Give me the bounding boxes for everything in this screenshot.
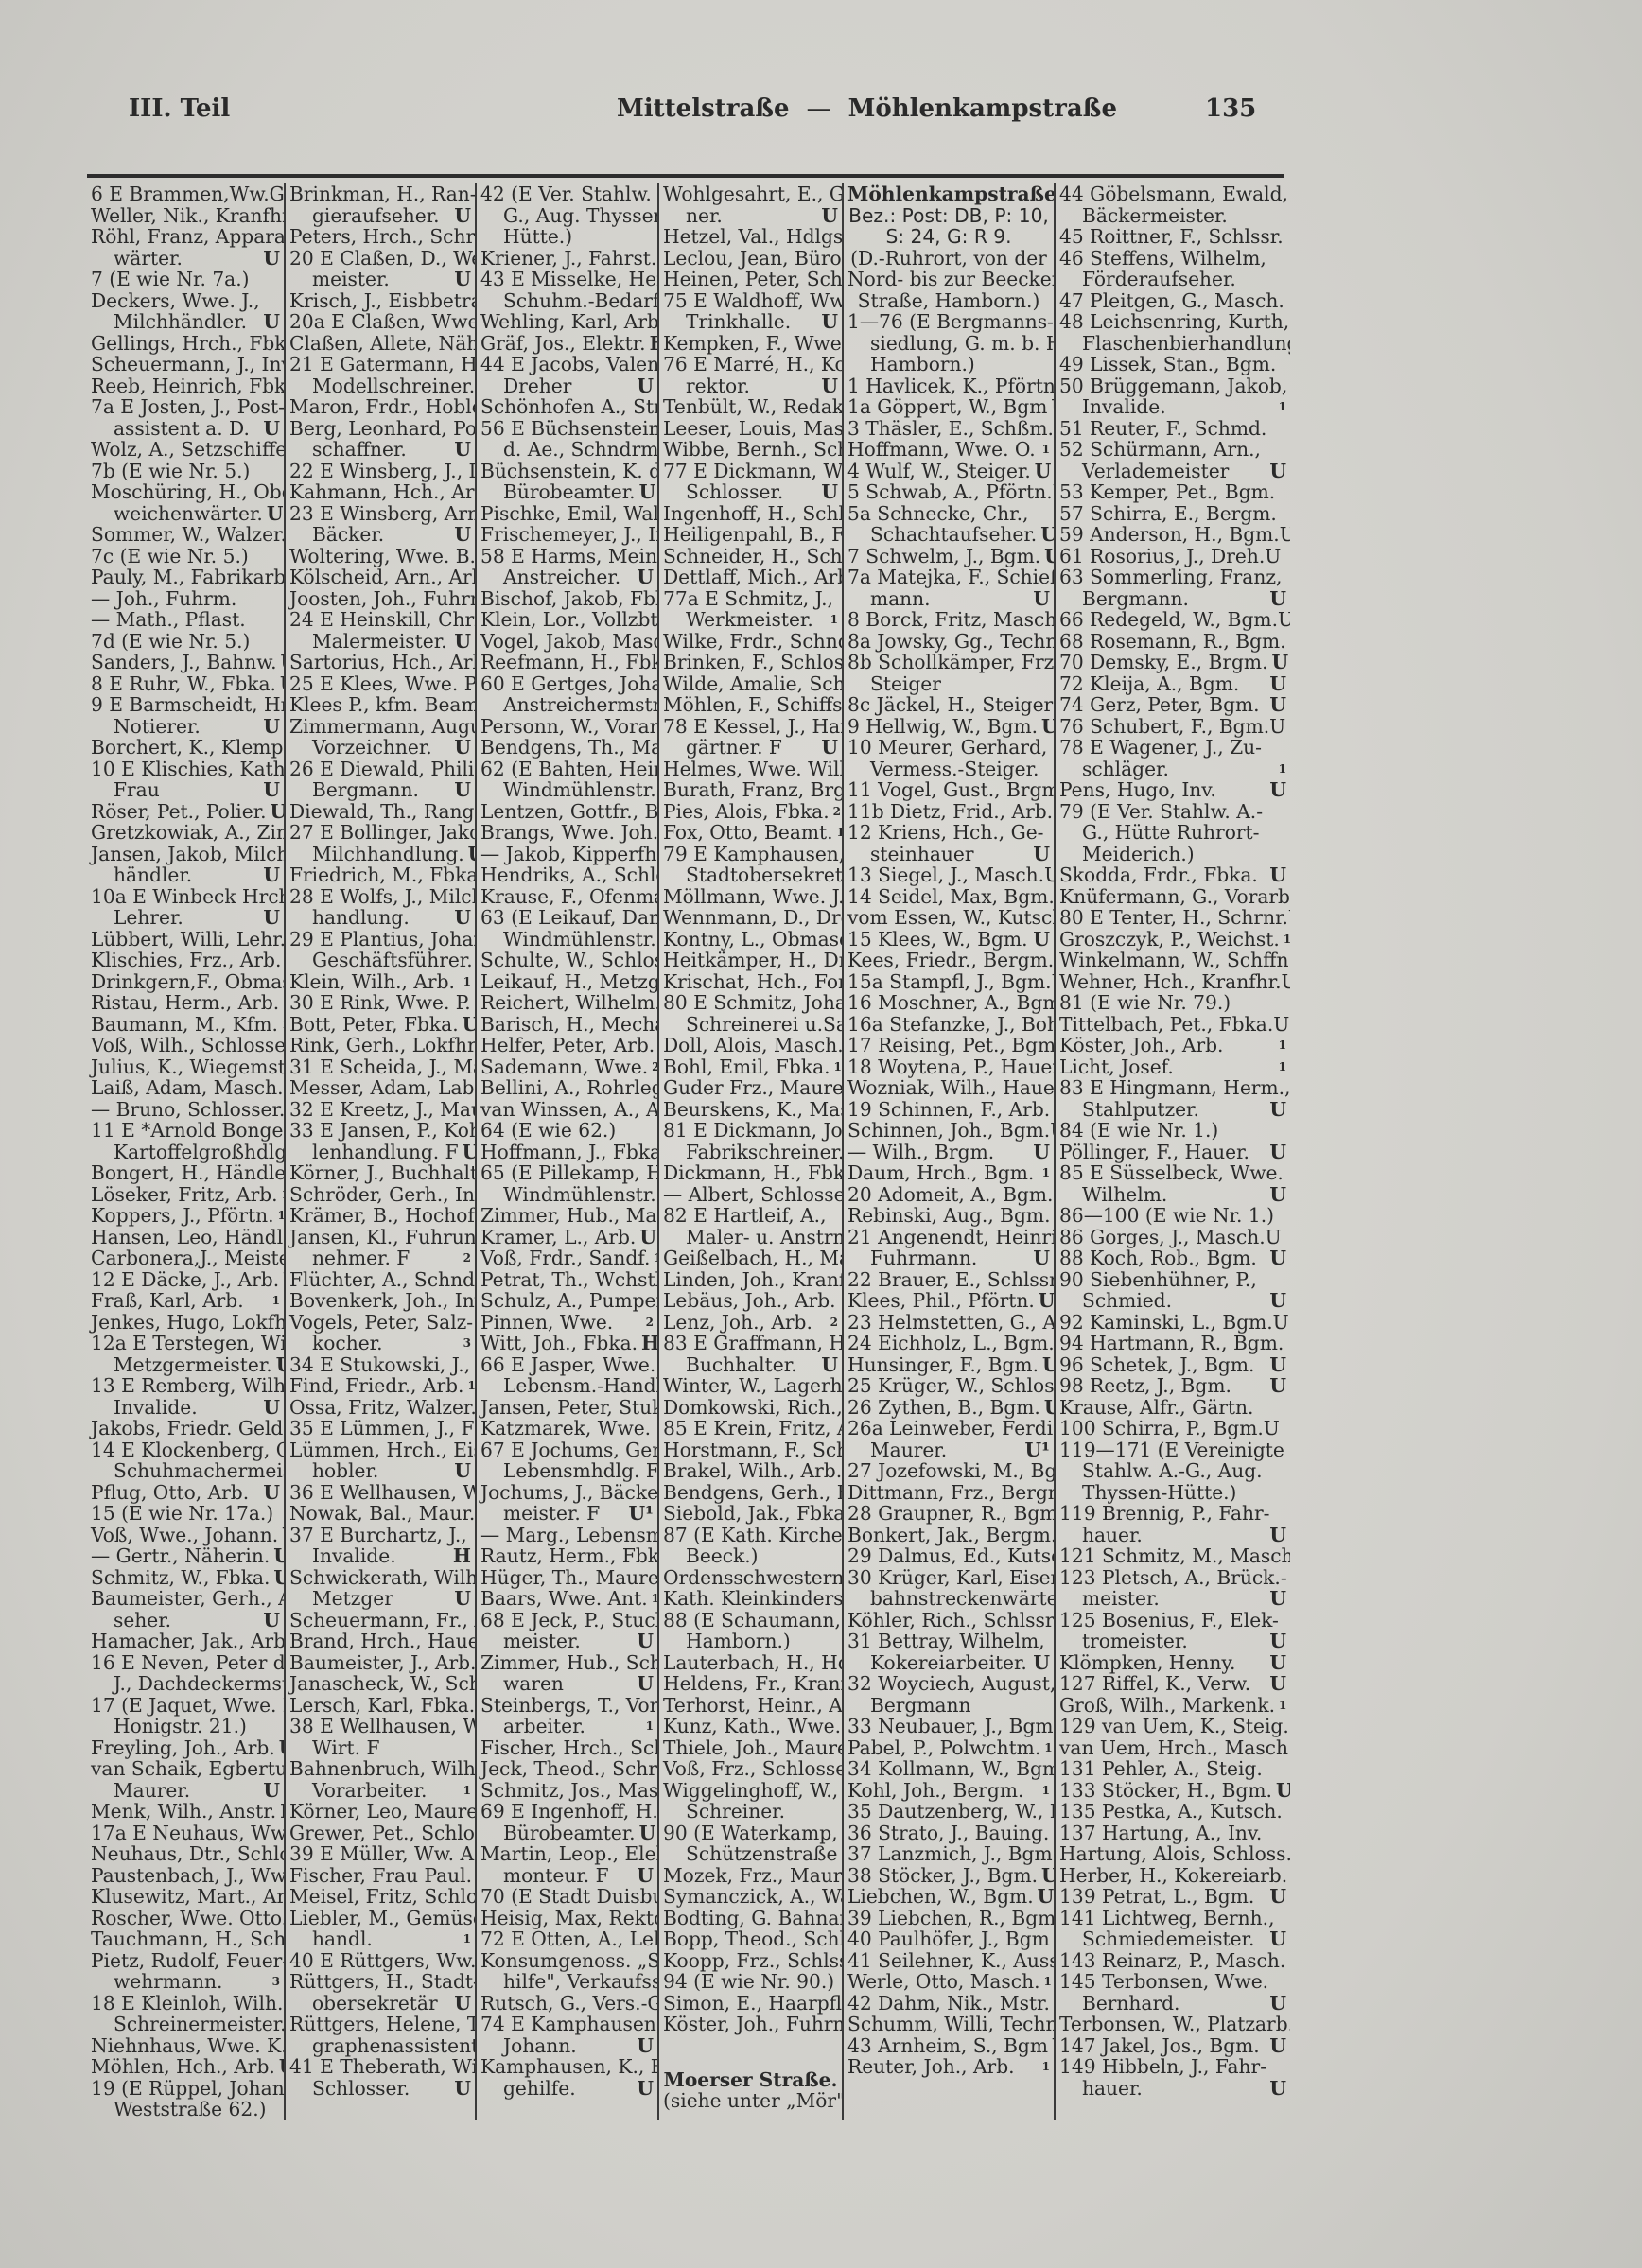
- directory-entry: Schinnen, Joh., Bgm.U: [847, 1120, 1050, 1142]
- directory-entry: Heinen, Peter, Schneid.: [663, 269, 838, 290]
- directory-entry: Kunz, Kath., Wwe.: [663, 1716, 838, 1737]
- entry-text: Nowak, Bal., Maur.: [289, 1503, 475, 1525]
- entry-text: 81 (E wie Nr. 79.): [1059, 992, 1231, 1014]
- directory-entry: 1 Havlicek, K., Pförtn.U: [847, 375, 1050, 397]
- directory-entry: hobler.U: [289, 1460, 471, 1482]
- directory-entry: Barisch, H., Mechan.1: [480, 1014, 654, 1036]
- entry-text: 26 Zythen, B., Bgm.: [847, 1397, 1040, 1419]
- entry-text: — Math., Pflast.: [91, 609, 246, 631]
- entry-text: Schulte, W., Schloss.: [480, 950, 657, 971]
- entry-text: 76 Schubert, F., Bgm.U: [1059, 716, 1285, 738]
- directory-entry: Fischer, Hrch., Schloss.1: [480, 1737, 654, 1759]
- directory-entry: Heldens, Fr., Kranf.1: [663, 1673, 838, 1695]
- directory-entry: Weststraße 62.): [91, 2099, 280, 2120]
- directory-entry: 35 E Lümmen, J., Fbka.U: [289, 1418, 471, 1439]
- directory-entry: Vorzeichner.U: [289, 737, 471, 759]
- directory-entry: — Marg., LebensmU: [480, 1525, 654, 1546]
- entry-text: Personn, W., Vorarb.: [480, 716, 657, 738]
- directory-entry: Krisch, J., EisbbetrassU: [289, 290, 471, 312]
- directory-entry: 48 Leichsenring, Kurth,: [1059, 311, 1286, 333]
- entry-text: 31 E Scheida, J., Masch.U: [289, 1056, 475, 1078]
- entry-marker: 1: [1040, 1737, 1052, 1759]
- directory-entry: 14 E Klockenberg, G.,: [91, 1439, 280, 1461]
- entry-text: 79 (E Ver. Stahlw. A.-: [1059, 801, 1263, 823]
- entry-text: Brangs, Wwe. Joh.: [480, 822, 657, 844]
- directory-entry: van Winssen, A., Arb.3: [480, 1099, 654, 1121]
- directory-entry: 8b Schollkämper, Frz.,: [847, 652, 1050, 673]
- entry-text: Ristau, Herm., Arb.: [91, 992, 279, 1014]
- entry-text: Julius, K., Wiegemst.: [91, 1056, 284, 1078]
- directory-entry: Lebäus, Joh., Arb.: [663, 1290, 838, 1312]
- entry-text: Schwickerath, Wilhelm,: [289, 1567, 475, 1589]
- entry-text: 11 E *Arnold Bongert,: [91, 1120, 284, 1142]
- directory-entry: Jochums, J., Bäcker-: [480, 1482, 654, 1504]
- directory-entry: 119—171 (E Vereinigte: [1059, 1439, 1286, 1461]
- directory-entry: 51 Reuter, F., Schmd.: [1059, 418, 1286, 440]
- directory-entry: Liebchen, W., Bgm.U: [847, 1886, 1050, 1908]
- entry-marker: U: [1040, 1397, 1054, 1419]
- directory-entry: 70 Demsky, E., Brgm.U: [1059, 652, 1286, 673]
- directory-entry: 4 Wulf, W., Steiger.U: [847, 461, 1050, 482]
- entry-text: 38 Stöcker, J., Bgm.: [847, 1865, 1038, 1887]
- directory-entry: 33 Neubauer, J., Bgm.U: [847, 1716, 1050, 1737]
- entry-text: arbeiter.: [480, 1716, 585, 1737]
- directory-entry: 9 E Barmscheidt, Hrch.,: [91, 694, 280, 716]
- directory-entry: Stadtobersekretär.U: [663, 864, 838, 886]
- entry-text: Wozniak, Wilh., Hauer.: [847, 1077, 1054, 1099]
- directory-entry: 44 E Jacobs, Valent.,: [480, 354, 654, 375]
- entry-text: hobler.: [289, 1460, 378, 1482]
- entry-text: 56 E Büchsenstein, K.: [480, 418, 657, 440]
- entry-marker: U: [450, 2078, 471, 2100]
- entry-text: Hüger, Th., Maurer.: [480, 1567, 657, 1589]
- entry-text: Hamborn.): [847, 354, 975, 375]
- directory-entry: wehrmann.3: [91, 1971, 280, 1993]
- directory-entry: Ossa, Fritz, Walzer.2: [289, 1397, 471, 1419]
- entry-text: Schmitz, W., Fbka.: [91, 1567, 270, 1589]
- directory-entry: Schumm, Willi, Techn.: [847, 2014, 1050, 2035]
- entry-text: 7 Schwelm, J., Bgm.: [847, 546, 1040, 567]
- directory-entry: — Bruno, Schlosser.3: [91, 1099, 280, 1121]
- directory-entry: 66 Redegeld, W., Bgm.U: [1059, 609, 1286, 631]
- entry-text: assistent a. D.: [91, 418, 250, 440]
- directory-entry: 26a Leinweber, Ferdin.,: [847, 1418, 1050, 1439]
- directory-entry: Hamacher, Jak., Arb.U: [91, 1631, 280, 1652]
- entry-text: 17a E Neuhaus, Wwe. D.: [91, 1823, 284, 1844]
- entry-text: 8 E Ruhr, W., Fbka.: [91, 673, 276, 695]
- entry-text: 26a Leinweber, Ferdin.,: [847, 1418, 1054, 1439]
- entry-text: Lenz, Joh., Arb.: [663, 1312, 812, 1334]
- entry-text: 72 Kleija, A., Bgm.: [1059, 673, 1239, 695]
- entry-text: Rüttgers, Helene, Tele-: [289, 2014, 475, 2035]
- directory-entry: 83 E Graffmann, Hrch.,: [663, 1333, 838, 1354]
- directory-entry: vom Essen, W., Kutsch.1: [847, 907, 1050, 929]
- column-4-entries: Wohlgesahrt, E., Gärt-ner.UHetzel, Val.,…: [663, 183, 838, 2035]
- entry-marker: U¹: [625, 1503, 654, 1525]
- directory-entry: 39 Liebchen, R., Bgm.: [847, 1908, 1050, 1929]
- entry-text: Köster, Joh., Fuhrm.: [663, 2014, 842, 2035]
- directory-entry: Scheuermann, Fr., Arb.: [289, 1610, 471, 1631]
- entry-text: 11b Dietz, Frid., Arb.: [847, 801, 1053, 823]
- directory-entry: Hoffmann, Wwe. O.1: [847, 439, 1050, 461]
- entry-text: Büchsenstein, K. d. J.,: [480, 461, 657, 482]
- entry-text: Schachtaufseher.: [847, 524, 1037, 546]
- entry-text: — Wilh., Brgm.: [847, 1142, 994, 1163]
- entry-text: Baars, Wwe. Ant.: [480, 1588, 648, 1610]
- entry-text: Weststraße 62.): [91, 2099, 267, 2120]
- directory-entry: Schulz, A., Pumpenw.2: [480, 1290, 654, 1312]
- directory-entry: 129 van Uem, K., Steig.: [1059, 1716, 1286, 1737]
- entry-marker: 1: [460, 971, 471, 993]
- entry-text: rektor.: [663, 375, 750, 397]
- directory-entry: händler.U: [91, 864, 280, 886]
- entry-text: Mozek, Frz., Maurer.: [663, 1865, 842, 1887]
- directory-entry: 43 E Misselke, Heinr.,: [480, 269, 654, 290]
- directory-entry: Bohl, Emil, Fbka.1: [663, 1056, 838, 1078]
- entry-text: Dickmann, H., Fbkschmd.: [663, 1162, 842, 1184]
- directory-entry: Hamborn.): [663, 1631, 838, 1652]
- entry-text: Modellschreiner.: [289, 375, 475, 397]
- directory-entry: Zimmer, Hub., Masch.: [480, 1205, 654, 1227]
- directory-entry: 88 (E Schaumann, Fritz,: [663, 1610, 838, 1631]
- directory-entry: Lebensm.-Handl.U: [480, 1375, 654, 1397]
- directory-entry: Bendgens, Th., Masch.2: [480, 737, 654, 759]
- entry-text: 3 Thäsler, E., Schßm.U: [847, 418, 1054, 440]
- entry-marker: U: [817, 1354, 838, 1376]
- entry-text: Hoffmann, J., Fbka.: [480, 1142, 657, 1163]
- entry-marker: U: [450, 631, 471, 653]
- entry-text: schläger.: [1059, 759, 1169, 780]
- directory-entry: — Math., Pflast.: [91, 609, 280, 631]
- directory-entry: Anstreichermstr. FU: [480, 694, 654, 716]
- entry-marker: U: [1266, 1886, 1286, 1908]
- entry-text: van Schaik, Egbertus,: [91, 1758, 284, 1780]
- directory-entry: 147 Jakel, Jos., Bgm.U: [1059, 2035, 1286, 2057]
- entry-text: Hamborn.): [663, 1631, 791, 1652]
- entry-text: Schmiedemeister.: [1059, 1928, 1254, 1950]
- directory-entry: Bergmann: [847, 1695, 1050, 1717]
- directory-entry: Sartorius, Hch., Arb.U: [289, 652, 471, 673]
- entry-text: Buchhalter.: [663, 1354, 797, 1376]
- entry-text: 62 (E Bahten, Heinr.,: [480, 759, 657, 780]
- entry-marker: U: [276, 673, 284, 695]
- entry-marker: 2: [648, 1056, 657, 1078]
- entry-marker: U: [633, 1631, 654, 1652]
- directory-entry: Möhlen, F., Schiffsbes.2: [663, 694, 838, 716]
- entry-marker: U: [1029, 588, 1050, 610]
- entry-text: Rüttgers, H., Stadt-: [289, 1971, 475, 1993]
- entry-text: Wolz, A., Setzschiffer.: [91, 439, 284, 461]
- directory-entry: 83 E Hingmann, Herm.,: [1059, 1077, 1286, 1099]
- entry-text: Leclou, Jean, Bürobmt.: [663, 248, 842, 270]
- entry-text: Brinkman, H., Ran-: [289, 183, 475, 205]
- entry-text: Doll, Alois, Masch.: [663, 1035, 842, 1056]
- entry-marker: 1: [1040, 1971, 1052, 1993]
- entry-marker: U: [270, 1567, 284, 1589]
- entry-text: 15 Klees, W., Bgm.: [847, 929, 1028, 951]
- spacer: [663, 2035, 838, 2052]
- entry-marker: U: [1266, 461, 1286, 482]
- directory-entry: Maurer.U¹: [847, 1439, 1050, 1461]
- directory-entry: 28 Graupner, R., BgmU: [847, 1503, 1050, 1525]
- entry-text: Wirt. F: [289, 1737, 379, 1759]
- directory-entry: 69 E Ingenhoff, H.,: [480, 1801, 654, 1823]
- entry-text: Röser, Pet., Polier.: [91, 801, 267, 823]
- entry-text: 9 Hellwig, W., Bgm.: [847, 716, 1038, 738]
- entry-text: 137 Hartung, A., Inv.: [1059, 1823, 1262, 1844]
- entry-text: kocher.: [289, 1333, 383, 1354]
- entry-text: Lebensm.-Handl.: [480, 1375, 657, 1397]
- entry-marker: 1: [274, 1205, 285, 1227]
- entry-text: 87 (E Kath. Kirchengem.: [663, 1525, 842, 1546]
- directory-entry: Schmiedemeister.U: [1059, 1928, 1286, 1950]
- directory-entry: arbeiter.1: [480, 1716, 654, 1737]
- entry-text: Fischer, Hrch., Schloss.: [480, 1737, 657, 1759]
- entry-text: 82 E Hartleif, A.,: [663, 1205, 827, 1227]
- directory-entry: 41 Seilehner, K., Auss.U: [847, 1950, 1050, 1972]
- entry-text: 67 E Jochums, Gerh.,: [480, 1439, 657, 1461]
- directory-entry: lenhandlung. FU: [289, 1142, 471, 1163]
- directory-entry: Schwickerath, Wilhelm,: [289, 1567, 471, 1589]
- entry-text: 90 (E Waterkamp, Joh.,: [663, 1823, 842, 1844]
- entry-text: 85 E Süsselbeck, Wwe.: [1059, 1162, 1284, 1184]
- entry-text: Grewer, Pet., Schloss: [289, 1823, 475, 1844]
- entry-text: Fuhrmann.: [847, 1247, 977, 1269]
- directory-entry: 5 Schwab, A., Pförtn.U: [847, 481, 1050, 503]
- entry-marker: U: [450, 439, 471, 461]
- entry-text: 24 E Heinskill, Christ.,: [289, 609, 475, 631]
- directory-entry: Kath. Kleinkinderschule.: [663, 1588, 838, 1610]
- directory-entry: VerlademeisterU: [1059, 461, 1286, 482]
- directory-entry: 81 E Dickmann, Johann,: [663, 1120, 838, 1142]
- directory-entry: Hartung, Alois, Schloss.: [1059, 1843, 1286, 1865]
- directory-entry: 66 E Jasper, Wwe. F.,: [480, 1354, 654, 1376]
- entry-text: Bellini, A., Rohrleg.: [480, 1077, 657, 1099]
- entry-marker: U: [450, 779, 471, 801]
- entry-marker: U: [1267, 652, 1288, 673]
- entry-marker: H: [638, 1333, 657, 1354]
- entry-text: Winter, W., Lagerhalter.: [663, 1375, 842, 1397]
- directory-entry: Linden, Joh., Kranfhr.1: [663, 1269, 838, 1291]
- entry-text: weichenwärter.: [91, 503, 263, 525]
- directory-entry: Brinken, F., Schloss.U: [663, 652, 838, 673]
- directory-entry: 84 (E wie Nr. 1.): [1059, 1120, 1286, 1142]
- directory-entry: Woltering, Wwe. B.U: [289, 546, 471, 567]
- entry-text: 6 E Brammen,Ww.G.U: [91, 183, 284, 205]
- entry-text: 25 Krüger, W., Schloss.: [847, 1375, 1054, 1397]
- entry-text: 20 E Claßen, D., Werk-: [289, 248, 475, 270]
- entry-text: 34 Kollmann, W., Bgm.U: [847, 1758, 1054, 1780]
- entry-text: 18 E Kleinloh, Wilh.,: [91, 1993, 284, 2015]
- entry-marker: U: [259, 248, 280, 270]
- entry-marker: U: [636, 1823, 656, 1844]
- entry-text: Hendriks, A., Schloss.: [480, 864, 657, 886]
- entry-text: Flüchter, A., Schndr.: [289, 1269, 475, 1291]
- directory-entry: schläger.1: [1059, 759, 1286, 780]
- directory-entry: 50 Brüggemann, Jakob,: [1059, 375, 1286, 397]
- entry-text: 26 E Diewald, Philipp,: [289, 759, 475, 780]
- entry-text: 46 Steffens, Wilhelm,: [1059, 248, 1266, 270]
- directory-entry: Deckers, Wwe. J.,: [91, 290, 280, 312]
- directory-entry: Schröder, Gerh., Inv.1: [289, 1184, 471, 1206]
- directory-entry: FrauU: [91, 779, 280, 801]
- entry-text: Lauterbach, H., Hdlr.: [663, 1652, 842, 1674]
- directory-entry: Scheuermann, J., Inv.1: [91, 354, 280, 375]
- directory-entry: schaffner.U: [289, 439, 471, 461]
- directory-entry: meister.U: [289, 269, 471, 290]
- directory-entry: 32 E Kreetz, J., Maur.U: [289, 1099, 471, 1121]
- entry-text: Hartung, Alois, Schloss.: [1059, 1843, 1290, 1865]
- directory-entry: Jeck, Theod., Schreiber: [480, 1758, 654, 1780]
- entry-marker: U: [1266, 864, 1286, 886]
- entry-marker: U: [1266, 1290, 1286, 1312]
- entry-text: 123 Pletsch, A., Brück.-: [1059, 1567, 1287, 1589]
- directory-entry: — Gertr., Näherin.U: [91, 1545, 280, 1567]
- entry-text: 88 (E Schaumann, Fritz,: [663, 1610, 842, 1631]
- directory-entry: 8c Jäckel, H., Steiger: [847, 694, 1050, 716]
- entry-text: Pietz, Rudolf, Feuer-: [91, 1950, 284, 1972]
- entry-text: 119—171 (E Vereinigte: [1059, 1439, 1284, 1461]
- directory-entry: Metzgermeister.U: [91, 1354, 280, 1376]
- entry-text: Thyssen-Hütte.): [1059, 1482, 1236, 1504]
- entry-text: 43 Arnheim, S., Bgm: [847, 2035, 1048, 2057]
- entry-text: Koppers, J., Pförtn.: [91, 1205, 274, 1227]
- entry-text: Löseker, Fritz, Arb.: [91, 1184, 278, 1206]
- entry-text: Fox, Otto, Beamt.: [663, 822, 833, 844]
- entry-text: 125 Bosenius, F., Elek-: [1059, 1610, 1279, 1631]
- directory-entry: Meiderich.): [1059, 844, 1286, 865]
- directory-entry: Horstmann, F., Schrnr.U: [663, 1439, 838, 1461]
- entry-text: Kriener, J., Fahrst.: [480, 248, 656, 270]
- directory-entry: Schuhmachermeister.U: [91, 1460, 280, 1482]
- directory-entry: Voß, Frz., Schlosser.2: [663, 1758, 838, 1780]
- directory-entry: 12 E Däcke, J., Arb.U: [91, 1269, 280, 1291]
- entry-text: Heitkämper, H., Dreher.: [663, 950, 842, 971]
- directory-entry: gärtner. FU: [663, 737, 838, 759]
- directory-entry: Jakobs, Friedr. Gelderh.: [91, 1418, 280, 1439]
- directory-entry: Reeb, Heinrich, Fbka.2: [91, 375, 280, 397]
- directory-entry: Klees, Phil., Pförtn.U: [847, 1290, 1050, 1312]
- entry-text: 42 Dahm, Nik., Mstr.: [847, 1993, 1050, 2015]
- directory-entry: 78 E Kessel, J., Handels-: [663, 716, 838, 738]
- entry-marker: U: [450, 907, 471, 929]
- directory-entry: Lebensmhdlg. FU: [480, 1460, 654, 1482]
- entry-marker: U: [817, 737, 838, 759]
- entry-text: 53 Kemper, Pet., Bgm.: [1059, 481, 1275, 503]
- directory-entry: Helmes, Wwe. Wilh.U: [663, 759, 838, 780]
- entry-text: Milchhändler.: [91, 311, 247, 333]
- directory-entry: steinhauerU: [847, 844, 1050, 865]
- entry-text: nehmer. F: [289, 1247, 410, 1269]
- entry-text: Metzgermeister.: [91, 1354, 272, 1376]
- directory-entry: Schachtaufseher.U: [847, 524, 1050, 546]
- directory-entry: 23 E Winsberg, Arn.,: [289, 503, 471, 525]
- entry-text: 33 Neubauer, J., Bgm.U: [847, 1716, 1054, 1737]
- entry-text: Bergmann.: [1059, 588, 1189, 610]
- entry-text: Köhler, Rich., Schlssr.: [847, 1610, 1054, 1631]
- entry-text: 8 Borck, Fritz, Masch.: [847, 609, 1054, 631]
- directory-entry: 42 Dahm, Nik., Mstr.U: [847, 1993, 1050, 2015]
- entry-text: Maler- u. Anstrmstr.: [663, 1227, 842, 1248]
- directory-entry: meister. FU¹: [480, 1503, 654, 1525]
- entry-text: 88 Koch, Rob., Bgm.: [1059, 1247, 1257, 1269]
- directory-entry: Krischat, Hch., Former.2: [663, 971, 838, 993]
- entry-marker: 1: [269, 1290, 280, 1312]
- directory-entry: Laiß, Adam, Masch.2: [91, 1077, 280, 1099]
- entry-text: 50 Brüggemann, Jakob,: [1059, 375, 1287, 397]
- entry-marker: 1: [1275, 1056, 1286, 1078]
- entry-text: Kölscheid, Arn., Arb.: [289, 567, 475, 588]
- entry-text: Kees, Friedr., Bergm.: [847, 950, 1054, 971]
- column-2: Brinkman, H., Ran-gieraufseher.UPeters, …: [284, 183, 475, 2120]
- column-1: 6 E Brammen,Ww.G.UWeller, Nik., Kranfhr.…: [87, 183, 284, 2120]
- entry-text: Terbonsen, W., Platzarb.: [1059, 2014, 1290, 2035]
- entry-text: Konsumgenoss. „Selbst-: [480, 1950, 657, 1972]
- directory-entry: seher.U: [91, 1610, 280, 1631]
- directory-entry: Krause, F., Ofenmaur.: [480, 886, 654, 908]
- directory-entry: Pens, Hugo, Inv.U: [1059, 779, 1286, 801]
- entry-text: Heldens, Fr., Kranf.: [663, 1673, 842, 1695]
- directory-entry: hilfe", Verkaufsst.U: [480, 1971, 654, 1993]
- entry-text: 66 E Jasper, Wwe. F.,: [480, 1354, 657, 1376]
- district-line-2: S: 24, G: R 9.: [847, 226, 1050, 248]
- entry-text: Bürobeamter.: [480, 481, 636, 503]
- entry-text: 39 E Müller, Ww. A.,U: [289, 1843, 475, 1865]
- directory-entry: 98 Reetz, J., Bgm.U: [1059, 1375, 1286, 1397]
- directory-entry: 17a E Neuhaus, Wwe. D.: [91, 1823, 280, 1844]
- entry-marker: U: [1286, 631, 1290, 653]
- entry-text: 13 Siegel, J., Masch.U: [847, 864, 1054, 886]
- directory-entry: 76 Schubert, F., Bgm.U: [1059, 716, 1286, 738]
- directory-entry: 81 (E wie Nr. 79.): [1059, 992, 1286, 1014]
- entry-marker: 1: [1275, 1695, 1286, 1717]
- entry-marker: U: [1266, 1631, 1286, 1652]
- entry-text: 34 E Stukowski, J., Arb.: [289, 1354, 475, 1376]
- entry-text: Freyling, Joh., Arb.: [91, 1737, 275, 1759]
- directory-entry: Daum, Hrch., Bgm.1: [847, 1162, 1050, 1184]
- entry-text: 21 Angenendt, Heinrich,: [847, 1227, 1054, 1248]
- entry-text: Meisel, Fritz, Schloss.: [289, 1886, 475, 1908]
- directory-entry: gehilfe.U: [480, 2078, 654, 2100]
- entry-text: Wilde, Amalie, Schndr.: [663, 673, 842, 695]
- entry-marker: 1: [827, 609, 838, 631]
- entry-text: Gretzkowiak, A., Zimm.U: [91, 822, 284, 844]
- directory-entry: Winter, W., Lagerhalter.1: [663, 1375, 838, 1397]
- directory-entry: Wozniak, Wilh., Hauer.1: [847, 1077, 1050, 1099]
- entry-text: Klein, Lor., Vollzbtr.: [480, 609, 657, 631]
- directory-entry: Simon, E., Haarpfl.1: [663, 1993, 838, 2015]
- directory-entry: Licht, Josef.1: [1059, 1056, 1286, 1078]
- entry-text: Rutsch, G., Vers.-Geh.: [480, 1993, 657, 2015]
- directory-entry: 11 E *Arnold Bongert,: [91, 1120, 280, 1142]
- directory-entry: Schmitz, W., Fbka.U: [91, 1567, 280, 1589]
- directory-entry: Pabel, P., Polwchtm.1: [847, 1737, 1050, 1759]
- directory-entry: Kriener, J., Fahrst.U: [480, 248, 654, 270]
- entry-text: 42 (E Ver. Stahlw. A.-: [480, 183, 657, 205]
- directory-entry: Maron, Frdr., Hobler.U: [289, 396, 471, 418]
- directory-entry: 11b Dietz, Frid., Arb.U: [847, 801, 1050, 823]
- directory-entry: Jansen, Kl., Fuhrunter-: [289, 1227, 471, 1248]
- directory-entry: Bürobeamter.U: [480, 481, 654, 503]
- entry-text: Daum, Hrch., Bgm.: [847, 1162, 1034, 1184]
- entry-marker: U: [636, 481, 656, 503]
- entry-text: Vorzeichner.: [289, 737, 432, 759]
- entry-text: Paustenbach, J., Wwe.: [91, 1865, 284, 1887]
- directory-entry: Koopp, Frz., Schlssr.2: [663, 1950, 838, 1972]
- entry-marker: U: [1038, 716, 1054, 738]
- entry-text: Kahmann, Hch., Arb.: [289, 481, 475, 503]
- directory-entry: 10 E Klischies, Kath.,: [91, 759, 280, 780]
